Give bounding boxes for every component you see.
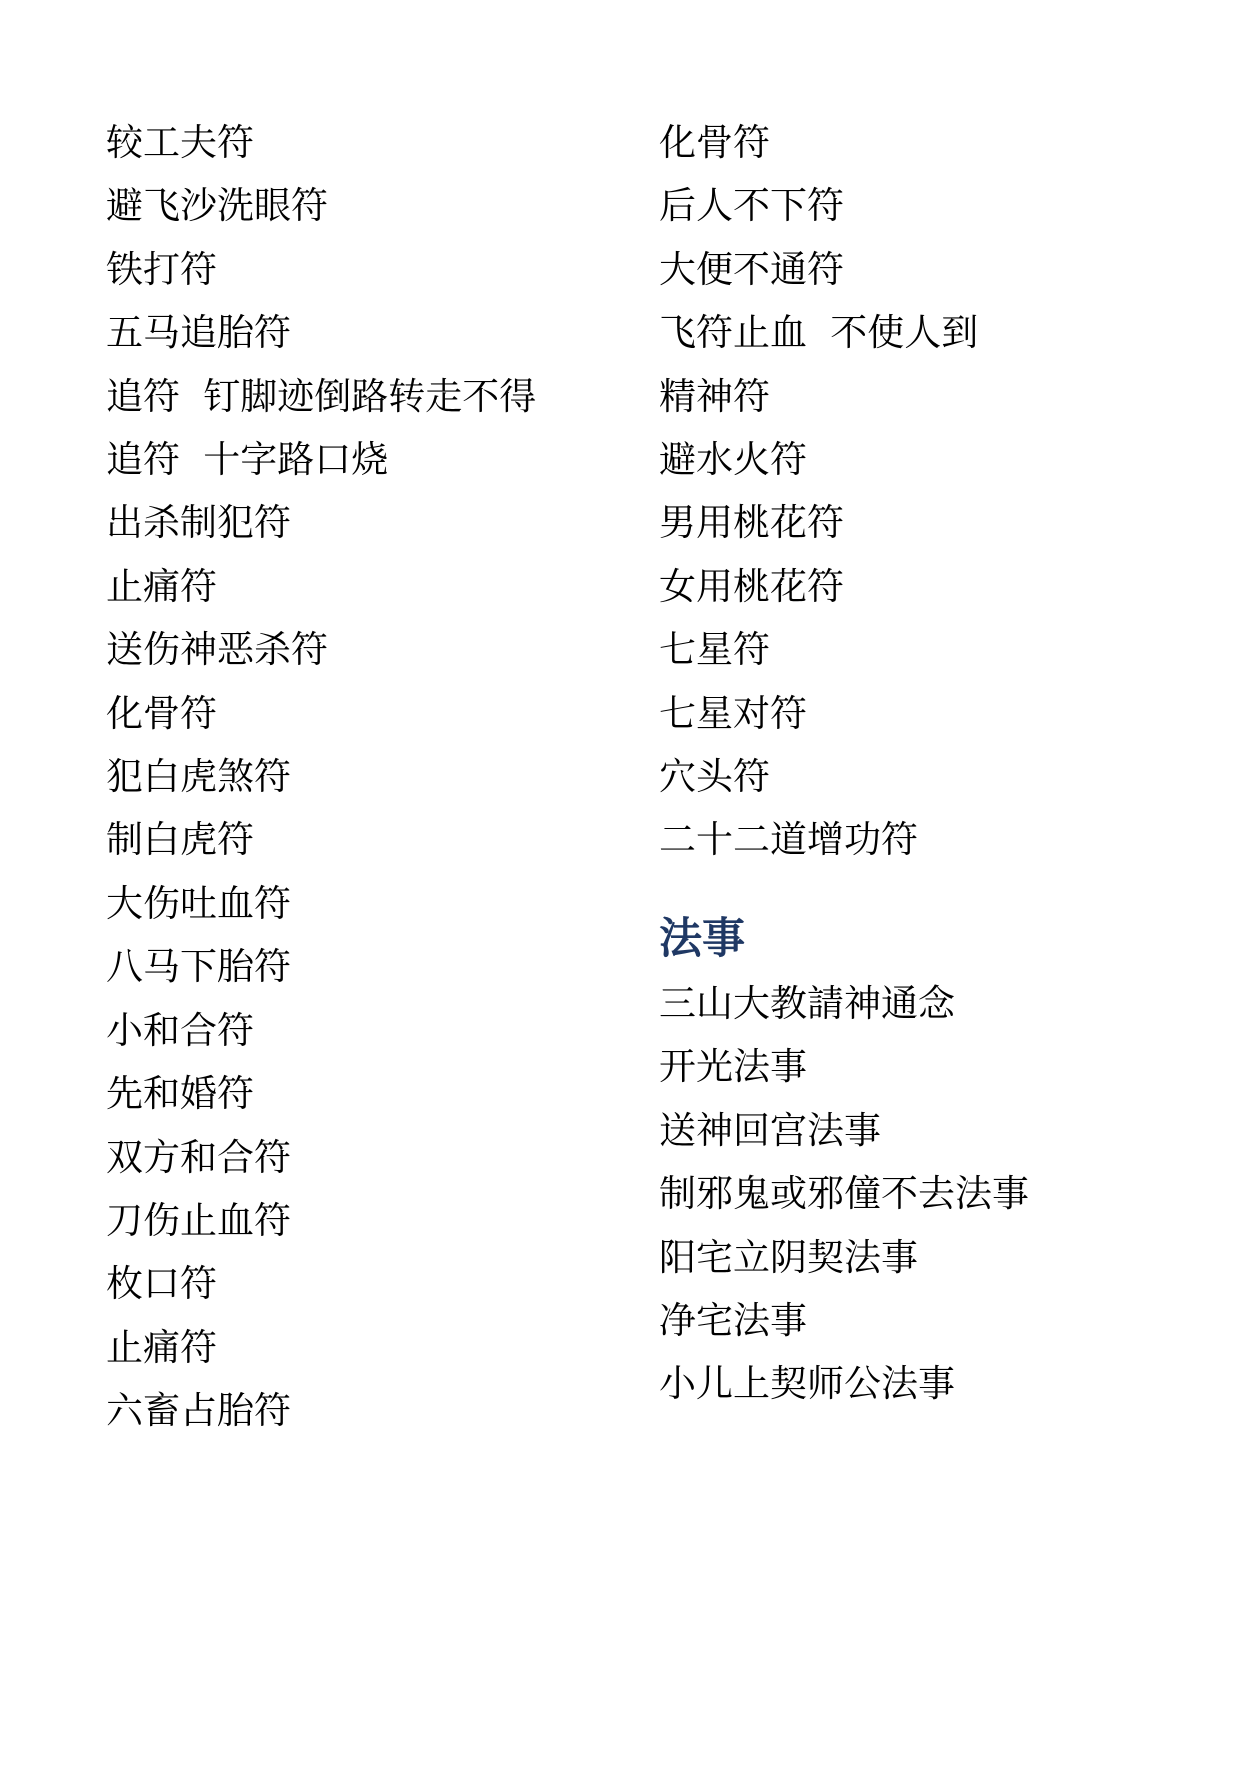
document-page: 较工夫符避飞沙洗眼符铁打符五马追胎符追符 钉脚迹倒路转走不得追符 十字路口烧出杀…	[0, 0, 1259, 1790]
talisman-list-left-column: 较工夫符避飞沙洗眼符铁打符五马追胎符追符 钉脚迹倒路转走不得追符 十字路口烧出杀…	[106, 112, 646, 1444]
talisman-item: 七星符	[659, 619, 1219, 682]
talisman-item: 枚口符	[106, 1253, 646, 1316]
ritual-item: 净宅法事	[659, 1290, 1219, 1353]
talisman-list-right-column: 化骨符后人不下符大便不通符飞符止血 不使人到精神符避水火符男用桃花符女用桃花符七…	[659, 112, 1219, 873]
ritual-item: 小儿上契师公法事	[659, 1353, 1219, 1416]
ritual-item: 阳宅立阴契法事	[659, 1227, 1219, 1290]
talisman-item: 二十二道增功符	[659, 809, 1219, 872]
talisman-item: 止痛符	[106, 1317, 646, 1380]
talisman-item: 制白虎符	[106, 809, 646, 872]
talisman-item: 较工夫符	[106, 112, 646, 175]
talisman-item: 六畜占胎符	[106, 1380, 646, 1443]
ritual-list: 三山大教請神通念开光法事送神回宫法事制邪鬼或邪僮不去法事阳宅立阴契法事净宅法事小…	[659, 973, 1219, 1417]
talisman-item: 刀伤止血符	[106, 1190, 646, 1253]
right-column: 化骨符后人不下符大便不通符飞符止血 不使人到精神符避水火符男用桃花符女用桃花符七…	[659, 112, 1219, 1417]
talisman-item: 精神符	[659, 366, 1219, 429]
talisman-item: 双方和合符	[106, 1127, 646, 1190]
talisman-item: 五马追胎符	[106, 302, 646, 365]
section-heading-rituals: 法事	[659, 907, 1219, 973]
talisman-item: 七星对符	[659, 683, 1219, 746]
talisman-item: 送伤神恶杀符	[106, 619, 646, 682]
ritual-item: 制邪鬼或邪僮不去法事	[659, 1163, 1219, 1226]
talisman-item: 出杀制犯符	[106, 492, 646, 555]
talisman-item: 大伤吐血符	[106, 873, 646, 936]
talisman-item: 铁打符	[106, 239, 646, 302]
talisman-item: 后人不下符	[659, 175, 1219, 238]
talisman-item: 八马下胎符	[106, 936, 646, 999]
talisman-item: 小和合符	[106, 1000, 646, 1063]
talisman-item: 飞符止血 不使人到	[659, 302, 1219, 365]
talisman-item: 化骨符	[659, 112, 1219, 175]
talisman-item: 避水火符	[659, 429, 1219, 492]
talisman-item: 穴头符	[659, 746, 1219, 809]
ritual-item: 三山大教請神通念	[659, 973, 1219, 1036]
talisman-item: 先和婚符	[106, 1063, 646, 1126]
talisman-item: 追符 钉脚迹倒路转走不得	[106, 366, 646, 429]
talisman-item: 大便不通符	[659, 239, 1219, 302]
talisman-item: 追符 十字路口烧	[106, 429, 646, 492]
talisman-item: 避飞沙洗眼符	[106, 175, 646, 238]
talisman-item: 化骨符	[106, 683, 646, 746]
ritual-item: 开光法事	[659, 1036, 1219, 1099]
talisman-item: 犯白虎煞符	[106, 746, 646, 809]
talisman-item: 止痛符	[106, 556, 646, 619]
talisman-item: 女用桃花符	[659, 556, 1219, 619]
ritual-item: 送神回宫法事	[659, 1100, 1219, 1163]
talisman-item: 男用桃花符	[659, 492, 1219, 555]
